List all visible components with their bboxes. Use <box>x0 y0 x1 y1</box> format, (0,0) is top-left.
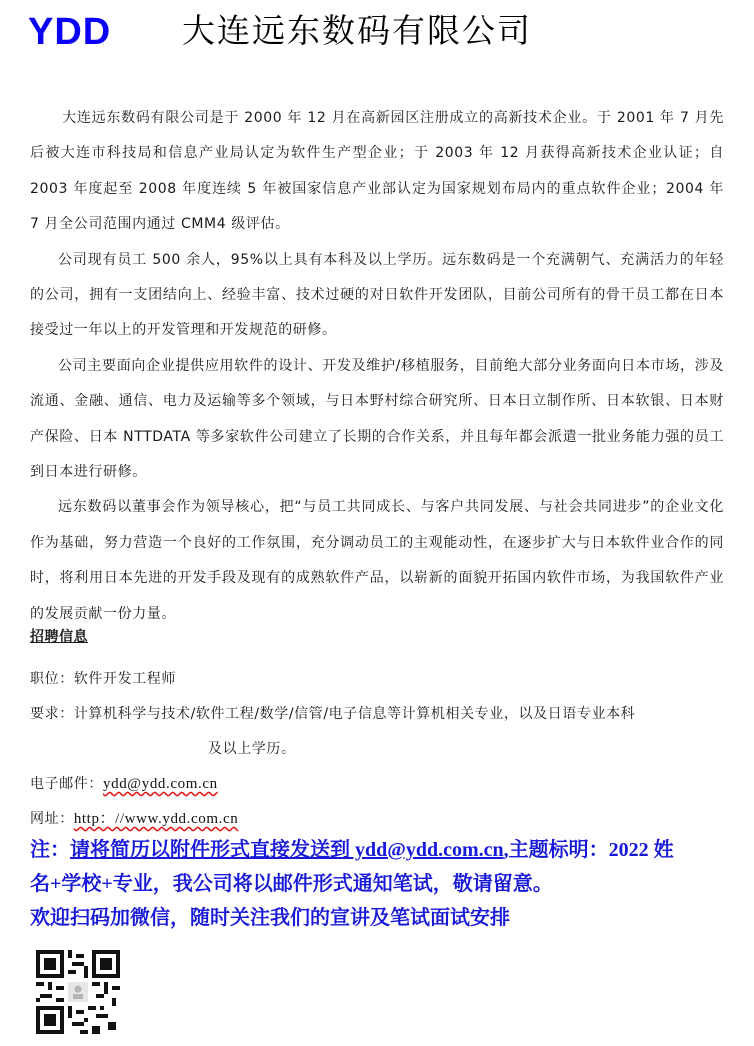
website-row: 网址：http：//www.ydd.com.cn <box>30 802 730 837</box>
email-link[interactable]: ydd@ydd.com.cn <box>103 776 218 792</box>
position-label: 职位： <box>30 671 74 687</box>
notice-line-3: 欢迎扫码加微信，随时关注我们的宣讲及笔试面试安排 <box>30 901 730 935</box>
notice-subject-text: ,主题标明：2022 姓 <box>504 839 674 861</box>
recruitment-title: 招聘信息 <box>30 623 730 651</box>
wechat-qr-code <box>36 950 120 1034</box>
notice-email-link[interactable]: 请将简历以附件形式直接发送到 ydd@ydd.com.cn <box>70 839 504 861</box>
company-introduction: 大连远东数码有限公司是于 2000 年 12 月在高新园区注册成立的高新技术企业… <box>30 101 724 632</box>
company-name-title: 大连远东数码有限公司 <box>182 8 532 54</box>
qr-code-icon <box>36 950 120 1034</box>
email-label: 电子邮件： <box>30 776 103 792</box>
requirement-row: 要求：计算机科学与技术/软件工程/数学/信管/电子信息等计算机相关专业，以及日语… <box>30 697 730 732</box>
notice-line-2: 名+学校+专业，我公司将以邮件形式通知笔试，敬请留意。 <box>30 867 730 901</box>
company-logo: YDD <box>28 10 111 54</box>
requirement-label: 要求： <box>30 706 74 722</box>
intro-paragraph-3: 公司主要面向企业提供应用软件的设计、开发及维护/移植服务，目前绝大部分业务面向日… <box>30 349 724 491</box>
document-header: YDD 大连远东数码有限公司 <box>0 0 754 60</box>
website-link[interactable]: http：//www.ydd.com.cn <box>74 811 239 827</box>
position-value: 软件开发工程师 <box>74 671 176 687</box>
requirement-continuation: 及以上学历。 <box>30 732 730 767</box>
intro-paragraph-1: 大连远东数码有限公司是于 2000 年 12 月在高新园区注册成立的高新技术企业… <box>30 101 724 243</box>
notice-line-1: 注：请将简历以附件形式直接发送到 ydd@ydd.com.cn,主题标明：202… <box>30 833 730 867</box>
website-label: 网址： <box>30 811 74 827</box>
intro-paragraph-4: 远东数码以董事会作为领导核心，把“与员工共同成长、与客户共同发展、与社会共同进步… <box>30 490 724 632</box>
recruitment-section: 招聘信息 职位：软件开发工程师 要求：计算机科学与技术/软件工程/数学/信管/电… <box>30 623 730 837</box>
requirement-text: 计算机科学与技术/软件工程/数学/信管/电子信息等计算机相关专业，以及日语专业本… <box>74 706 635 722</box>
position-row: 职位：软件开发工程师 <box>30 662 730 697</box>
application-notice: 注：请将简历以附件形式直接发送到 ydd@ydd.com.cn,主题标明：202… <box>30 833 730 935</box>
intro-paragraph-2: 公司现有员工 500 余人，95%以上具有本科及以上学历。远东数码是一个充满朝气… <box>30 243 724 349</box>
email-row: 电子邮件：ydd@ydd.com.cn <box>30 767 730 802</box>
notice-prefix: 注： <box>30 839 70 861</box>
